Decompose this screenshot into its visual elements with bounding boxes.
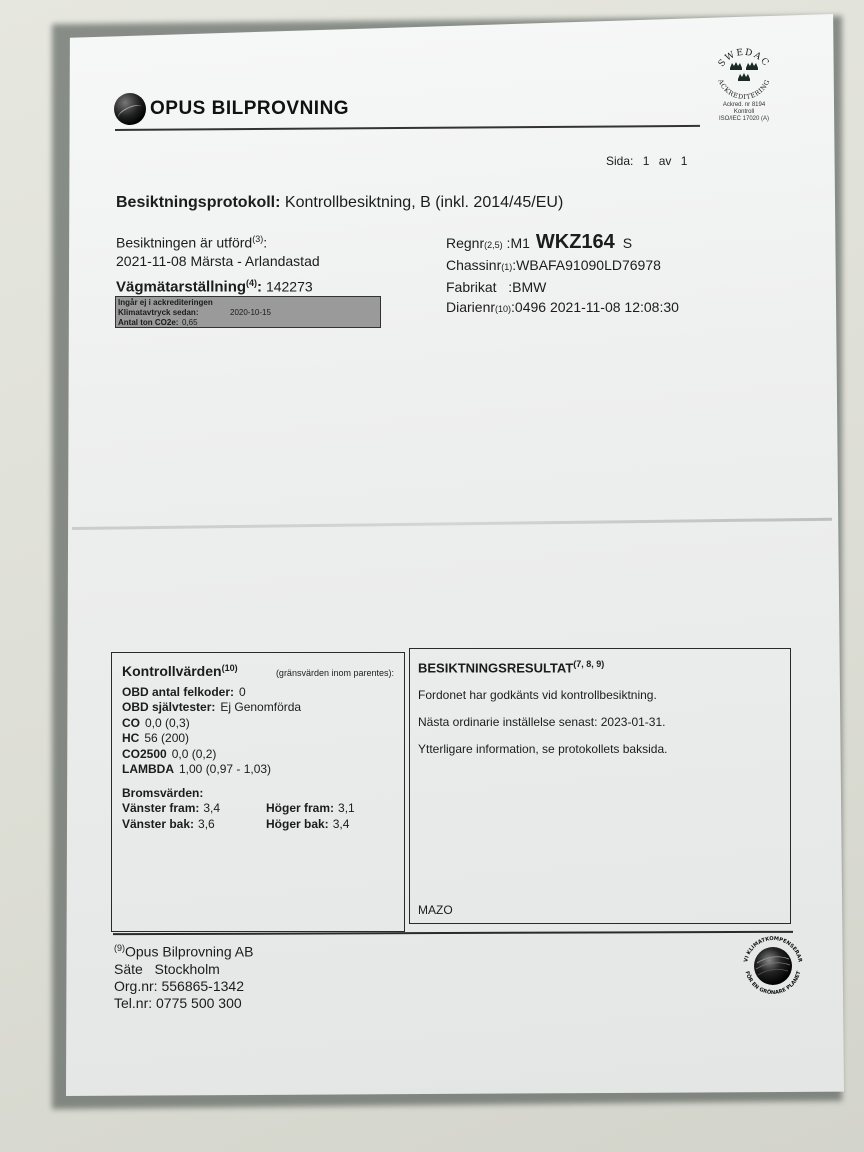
- odometer-label: Vägmätarställning: [116, 279, 246, 296]
- seat-value: Stockholm: [154, 961, 219, 977]
- control-value-label: CO2500: [122, 747, 167, 761]
- control-value-row: OBD antal felkoder:0: [122, 685, 394, 701]
- logo-text: OPUS BILPROVNING: [150, 98, 349, 120]
- odometer-value: 142273: [266, 279, 313, 295]
- swedac-accreditation-seal: SWEDAC ACKREDITERING Ackred. nr 8194 Kon…: [706, 46, 782, 128]
- make-label: Fabrikat: [446, 277, 497, 297]
- company-sup: (9): [114, 943, 125, 953]
- brake-value: Vänster bak:3,6: [122, 817, 266, 833]
- result-line-approved: Fordonet har godkänts vid kontrollbesikt…: [418, 688, 782, 702]
- brake-reading: 3,1: [338, 801, 355, 815]
- chassis-label: Chassinr: [446, 255, 501, 275]
- performed-label: Besiktningen är utförd: [116, 235, 252, 251]
- performed-sup: (3): [252, 234, 263, 244]
- vehicle-info: Regnr(2,5) :M1 WKZ164 S Chassinr(1):WBAF…: [446, 232, 679, 319]
- chassis-value: WBAFA91090LD76978: [516, 255, 661, 275]
- regnr-suffix: S: [623, 233, 632, 253]
- title-bold: Besiktningsprotokoll:: [116, 194, 280, 211]
- climate-footprint-box: Ingår ej i ackrediteringen Klimatavtryck…: [115, 296, 381, 328]
- company-name: Opus Bilprovning AB: [125, 944, 253, 960]
- control-values-title: Kontrollvärden: [122, 663, 222, 679]
- seat-label: Säte: [114, 961, 143, 977]
- svg-text:SWEDAC: SWEDAC: [717, 48, 771, 69]
- accreditation-standard: ISO/IEC 17020 (A): [706, 116, 782, 123]
- chassis-row: Chassinr(1):WBAFA91090LD76978: [446, 255, 679, 277]
- opus-logo: OPUS BILPROVNING: [114, 93, 349, 125]
- co2-value: 0,65: [182, 318, 198, 328]
- climate-compensation-seal: VI KLIMATKOMPENSERAR FÖR EN GRÖNARE PLAN…: [740, 933, 806, 1004]
- company-info: (9)Opus Bilprovning AB Säte Stockholm Or…: [114, 940, 253, 1012]
- page-label: Sida:: [606, 154, 633, 168]
- make-value: BMW: [512, 277, 546, 297]
- page-current: 1: [643, 154, 650, 168]
- performed-value: 2021-11-08 Märsta - Arlandastad: [116, 252, 320, 270]
- inspection-performed: Besiktningen är utförd(3): 2021-11-08 Mä…: [116, 230, 320, 270]
- control-value-row: LAMBDA1,00 (0,97 - 1,03): [122, 762, 394, 778]
- page-total: 1: [681, 154, 688, 168]
- inspection-result-box: BESIKTNINGSRESULTAT(7, 8, 9) Fordonet ha…: [409, 648, 791, 924]
- brake-label: Vänster bak:: [122, 817, 194, 831]
- brake-value: Höger fram:3,1: [266, 801, 386, 817]
- result-line-more-info: Ytterligare information, se protokollets…: [418, 742, 782, 756]
- diary-row: Diarienr(10):0496 2021-11-08 12:08:30: [446, 297, 679, 319]
- registration-number: WKZ164: [536, 232, 615, 252]
- odometer-sup: (4): [246, 278, 257, 288]
- brake-reading: 3,6: [198, 817, 215, 831]
- climate-since-value: 2020-10-15: [230, 308, 271, 318]
- result-line-next-inspection: Nästa ordinarie inställelse senast: 2023…: [418, 715, 782, 729]
- brakes-title: Bromsvärden:: [122, 786, 203, 800]
- control-values-box: Kontrollvärden(10) (gränsvärden inom par…: [111, 652, 405, 932]
- accreditation-type: Kontroll: [706, 109, 782, 116]
- control-value-row: CO25000,0 (0,2): [122, 747, 394, 763]
- control-value: 0,0 (0,3): [145, 716, 190, 730]
- co2-label: Antal ton CO2e:: [118, 318, 182, 328]
- regnr-sup: (2,5): [484, 235, 503, 255]
- regnr-class: M1: [510, 233, 529, 253]
- control-value: 0,0 (0,2): [172, 747, 217, 761]
- control-value-label: OBD självtester:: [122, 700, 215, 714]
- diary-value: 0496 2021-11-08 12:08:30: [515, 297, 679, 317]
- diary-label: Diarienr: [446, 297, 495, 317]
- document-title: Besiktningsprotokoll: Kontrollbesiktning…: [116, 194, 563, 212]
- page-indicator: Sida: 1 av 1: [606, 154, 693, 168]
- control-value-row: CO0,0 (0,3): [122, 716, 394, 732]
- regnr-label: Regnr: [446, 233, 484, 253]
- brake-value: Höger bak:3,4: [266, 817, 386, 833]
- control-value-label: CO: [122, 716, 140, 730]
- title-rest: Kontrollbesiktning, B (inkl. 2014/45/EU): [280, 194, 563, 211]
- result-title: BESIKTNINGSRESULTAT: [418, 660, 573, 675]
- brake-reading: 3,4: [333, 817, 350, 831]
- control-value-row: OBD självtester:Ej Genomförda: [122, 700, 394, 716]
- climate-globe-icon: VI KLIMATKOMPENSERAR FÖR EN GRÖNARE PLAN…: [740, 933, 806, 999]
- three-crowns-icon: SWEDAC ACKREDITERING: [711, 46, 777, 102]
- brake-label: Höger bak:: [266, 817, 329, 831]
- page-of-label: av: [659, 154, 672, 168]
- chassis-sup: (1): [501, 257, 512, 277]
- control-value: 1,00 (0,97 - 1,03): [179, 762, 271, 776]
- make-row: Fabrikat :BMW: [446, 277, 679, 297]
- brake-reading: 3,4: [203, 801, 220, 815]
- control-value-label: LAMBDA: [122, 762, 174, 776]
- accreditation-number: Ackred. nr 8194: [706, 102, 782, 109]
- odometer-reading: Vägmätarställning(4): 142273: [116, 278, 313, 296]
- control-value: Ej Genomförda: [220, 700, 301, 714]
- brake-label: Höger fram:: [266, 801, 334, 815]
- regnr-row: Regnr(2,5) :M1 WKZ164 S: [446, 232, 679, 255]
- brake-label: Vänster fram:: [122, 801, 199, 815]
- control-values-sup: (10): [222, 663, 238, 673]
- opus-globe-icon: [114, 93, 146, 125]
- phone-number: Tel.nr: 0775 500 300: [114, 995, 253, 1012]
- org-number: Org.nr: 556865-1342: [114, 978, 253, 995]
- control-value: 0: [239, 685, 246, 699]
- result-sup: (7, 8, 9): [573, 659, 604, 669]
- control-value: 56 (200): [144, 731, 189, 745]
- control-value-label: HC: [122, 731, 139, 745]
- climate-since-label: Klimatavtryck sedan:: [118, 308, 230, 318]
- climate-heading: Ingår ej i ackrediteringen: [118, 298, 213, 308]
- control-value-label: OBD antal felkoder:: [122, 685, 234, 699]
- limit-note: (gränsvärden inom parentes):: [276, 666, 394, 682]
- brake-value: Vänster fram:3,4: [122, 801, 266, 817]
- control-value-row: HC56 (200): [122, 731, 394, 747]
- diary-sup: (10): [495, 299, 511, 319]
- inspector-signature: MAZO: [418, 903, 453, 917]
